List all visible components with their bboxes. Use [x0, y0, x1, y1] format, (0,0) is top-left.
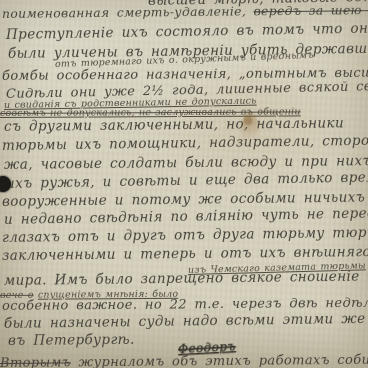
line-text: журналомъ объ этихъ работахъ соби- — [71, 353, 368, 368]
manuscript-line: поименованная смерть-удавленіе, вередъ з… — [2, 2, 368, 21]
manuscript-line: глазахъ отъ и другъ отъ друга тюрьму тюр… — [2, 225, 368, 246]
paper-stain — [241, 112, 259, 146]
manuscript-page: высшей мѣрѣ, таковые одни, поименованная… — [0, 0, 368, 368]
manuscript-line-bottom-partial: Вторымъ журналомъ объ этихъ работахъ соб… — [0, 353, 368, 368]
struck-text: Вторымъ — [0, 355, 71, 368]
manuscript-line: мира. Имъ было запрещено всякое сношеніе… — [4, 268, 368, 289]
manuscript-line: Преступленіе ихъ состояло въ томъ что он… — [6, 21, 368, 43]
manuscript-line: съ другими заключенными, но, начальники — [4, 115, 344, 135]
manuscript-line: въ Петербургѣ. — [8, 332, 135, 349]
line-text: поименованная смерть-удавленіе, — [2, 4, 254, 21]
manuscript-line: тюрьмы ихъ помощники, надзиратели, сторо… — [2, 133, 368, 154]
struck-text: вередъ за шею веревками. — [253, 2, 368, 18]
manuscript-line: были назначены суды надо всѣми этими же — [4, 311, 366, 332]
